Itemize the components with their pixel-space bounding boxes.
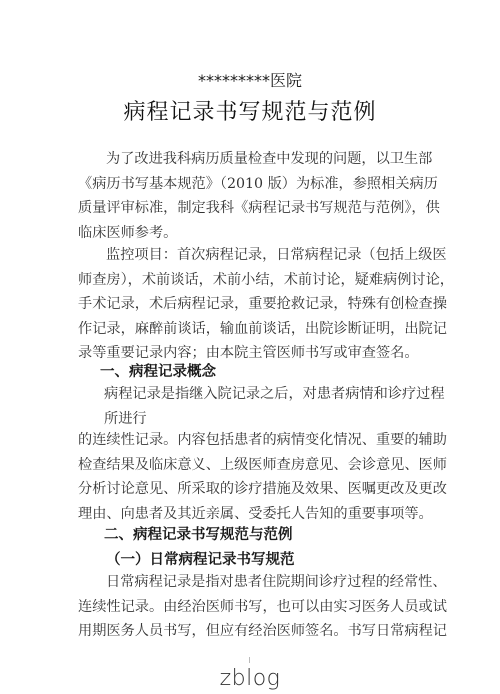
document-page: *********医院 病程记录书写规范与范例 为了改进我科病历质量检查中发现的… (0, 0, 500, 694)
section-1-line: 分析讨论意见、所采取的诊疗措施及效果、医嘱更改及更改 (78, 477, 428, 502)
section-1-first-paragraph: 病程记录是指继入院记录之后，对患者病情和诊疗过程 所进行 (104, 382, 434, 431)
section-1-heading: 一、病程记录概念 (100, 360, 216, 381)
monitoring-line: 手术记录，术后病程记录，重要抢救记录，特殊有创检查操 (78, 292, 428, 317)
monitoring-line: 作记录，麻醉前谈话，输血前谈话，出院诊断证明，出院记 (78, 317, 428, 342)
section-1-line: 病程记录是指继入院记录之后，对患者病情和诊疗过程 (104, 382, 434, 407)
section-2-subheading: （一）日常病程记录书写规范 (106, 548, 295, 569)
intro-line: 《病历书写基本规范》（2010 版）为标准，参照相关病历 (78, 172, 428, 197)
section-2-heading: 二、病程记录书写规范与范例 (104, 523, 293, 544)
document-title: 病程记录书写规范与范例 (0, 95, 500, 126)
section-1-line: 的连续性记录。内容包括患者的病情变化情况、重要的辅助 (78, 428, 428, 453)
intro-paragraph: 为了改进我科病历质量检查中发现的问题，以卫生部 《病历书写基本规范》（2010 … (78, 147, 428, 245)
monitoring-line: 师查房），术前谈话，术前小结，术前讨论，疑难病例讨论， (78, 268, 428, 293)
section-2-line: 连续性记录。由经治医师书写，也可以由实习医务人员或试 (78, 595, 428, 620)
section-1-paragraph: 的连续性记录。内容包括患者的病情变化情况、重要的辅助 检查结果及临床意义、上级医… (78, 428, 428, 526)
hospital-name: *********医院 (0, 68, 500, 91)
intro-line: 质量评审标准，制定我科《病程记录书写规范与范例》，供 (78, 196, 428, 221)
intro-line: 为了改进我科病历质量检查中发现的问题，以卫生部 (78, 147, 428, 172)
section-1-line: 检查结果及临床意义、上级医师查房意见、会诊意见、医师 (78, 453, 428, 478)
section-2-line: 用期医务人员书写，但应有经治医师签名。书写日常病程记 (78, 619, 428, 644)
intro-line: 临床医师参考。 (78, 221, 428, 246)
page-number-mark (249, 657, 250, 663)
monitoring-paragraph: 监控项目：首次病程记录，日常病程记录（包括上级医 师查房），术前谈话，术前小结，… (78, 243, 428, 366)
section-2-line: 日常病程记录是指对患者住院期间诊疗过程的经常性、 (78, 570, 428, 595)
monitoring-line: 监控项目：首次病程记录，日常病程记录（包括上级医 (78, 243, 428, 268)
watermark: zblog (0, 666, 500, 691)
section-2-paragraph: 日常病程记录是指对患者住院期间诊疗过程的经常性、 连续性记录。由经治医师书写，也… (78, 570, 428, 644)
